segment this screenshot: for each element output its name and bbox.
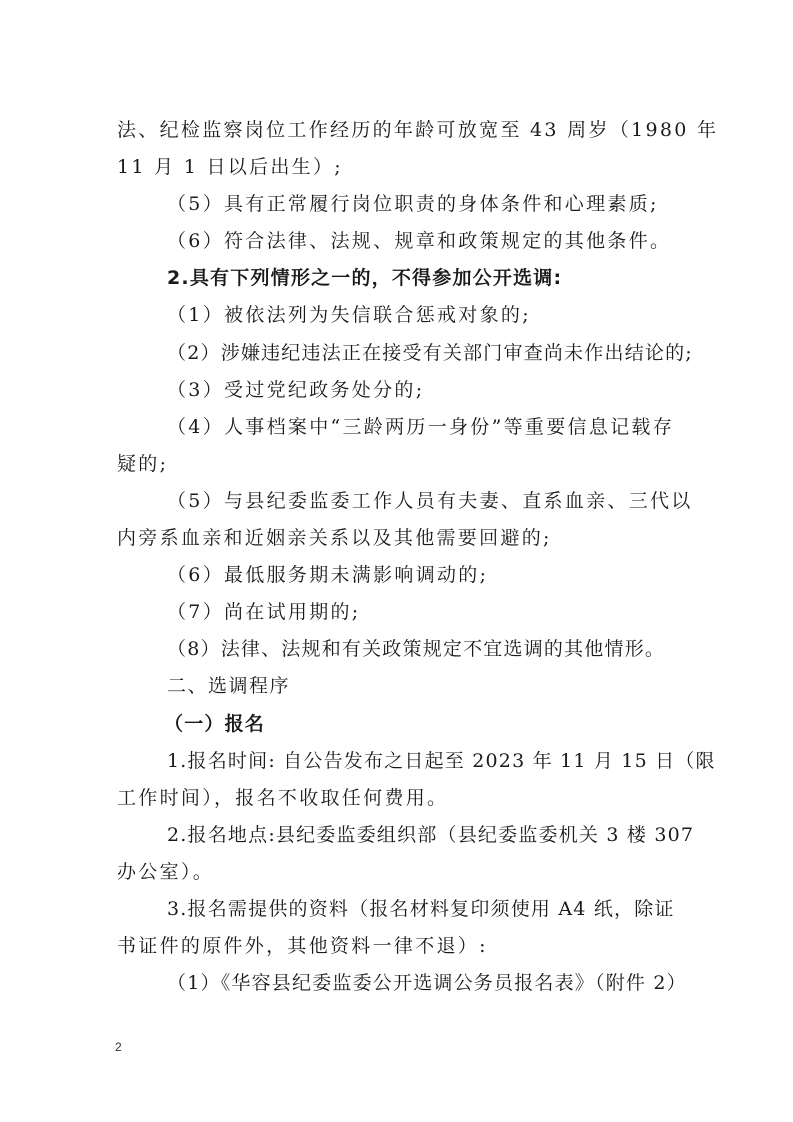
document-page: 法、纪检监察岗位工作经历的年龄可放宽至 43 周岁（1980 年 11 月 1 … <box>0 0 793 1122</box>
text-line: 书证件的原件外，其他资料一律不退）: <box>117 928 689 965</box>
text-line: 1.报名时间: 自公告发布之日起至 2023 年 11 月 15 日（限 <box>117 743 689 780</box>
document-body: 法、纪检监察岗位工作经历的年龄可放宽至 43 周岁（1980 年 11 月 1 … <box>117 112 689 1002</box>
list-item: （2）涉嫌违纪违法正在接受有关部门审查尚未作出结论的; <box>117 335 689 372</box>
page-number: 2 <box>115 1040 122 1054</box>
list-item: （6）最低服务期未满影响调动的; <box>117 557 689 594</box>
list-item: （7）尚在试用期的; <box>117 594 689 631</box>
text-line: 内旁系血亲和近姻亲关系以及其他需要回避的; <box>117 520 689 557</box>
text-line: 11 月 1 日以后出生）; <box>117 149 689 186</box>
text-line: 法、纪检监察岗位工作经历的年龄可放宽至 43 周岁（1980 年 <box>117 112 689 149</box>
section-heading: 2.具有下列情形之一的，不得参加公开选调: <box>117 260 689 297</box>
text-line: 办公室）。 <box>117 854 689 891</box>
subsection-heading: （一）报名 <box>117 706 689 743</box>
text-line: 2.报名地点:县纪委监委组织部（县纪委监委机关 3 楼 307 <box>117 817 689 854</box>
text-line: （5）具有正常履行岗位职责的身体条件和心理素质; <box>117 186 689 223</box>
list-item: （8）法律、法规和有关政策规定不宜选调的其他情形。 <box>117 631 689 668</box>
text-line: 3.报名需提供的资料（报名材料复印须使用 A4 纸，除证 <box>117 891 689 928</box>
list-item: （3）受过党纪政务处分的; <box>117 372 689 409</box>
list-item: （1）《华容县纪委监委公开选调公务员报名表》（附件 2） <box>117 965 689 1002</box>
text-line: （6）符合法律、法规、规章和政策规定的其他条件。 <box>117 223 689 260</box>
list-item: （5）与县纪委监委工作人员有夫妻、直系血亲、三代以 <box>117 483 689 520</box>
list-item: （4）人事档案中“三龄两历一身份”等重要信息记载存 <box>117 409 689 446</box>
list-item: （1）被依法列为失信联合惩戒对象的; <box>117 297 689 334</box>
chapter-heading: 二、选调程序 <box>117 668 689 705</box>
text-line: 疑的; <box>117 446 689 483</box>
text-line: 工作时间），报名不收取任何费用。 <box>117 780 689 817</box>
